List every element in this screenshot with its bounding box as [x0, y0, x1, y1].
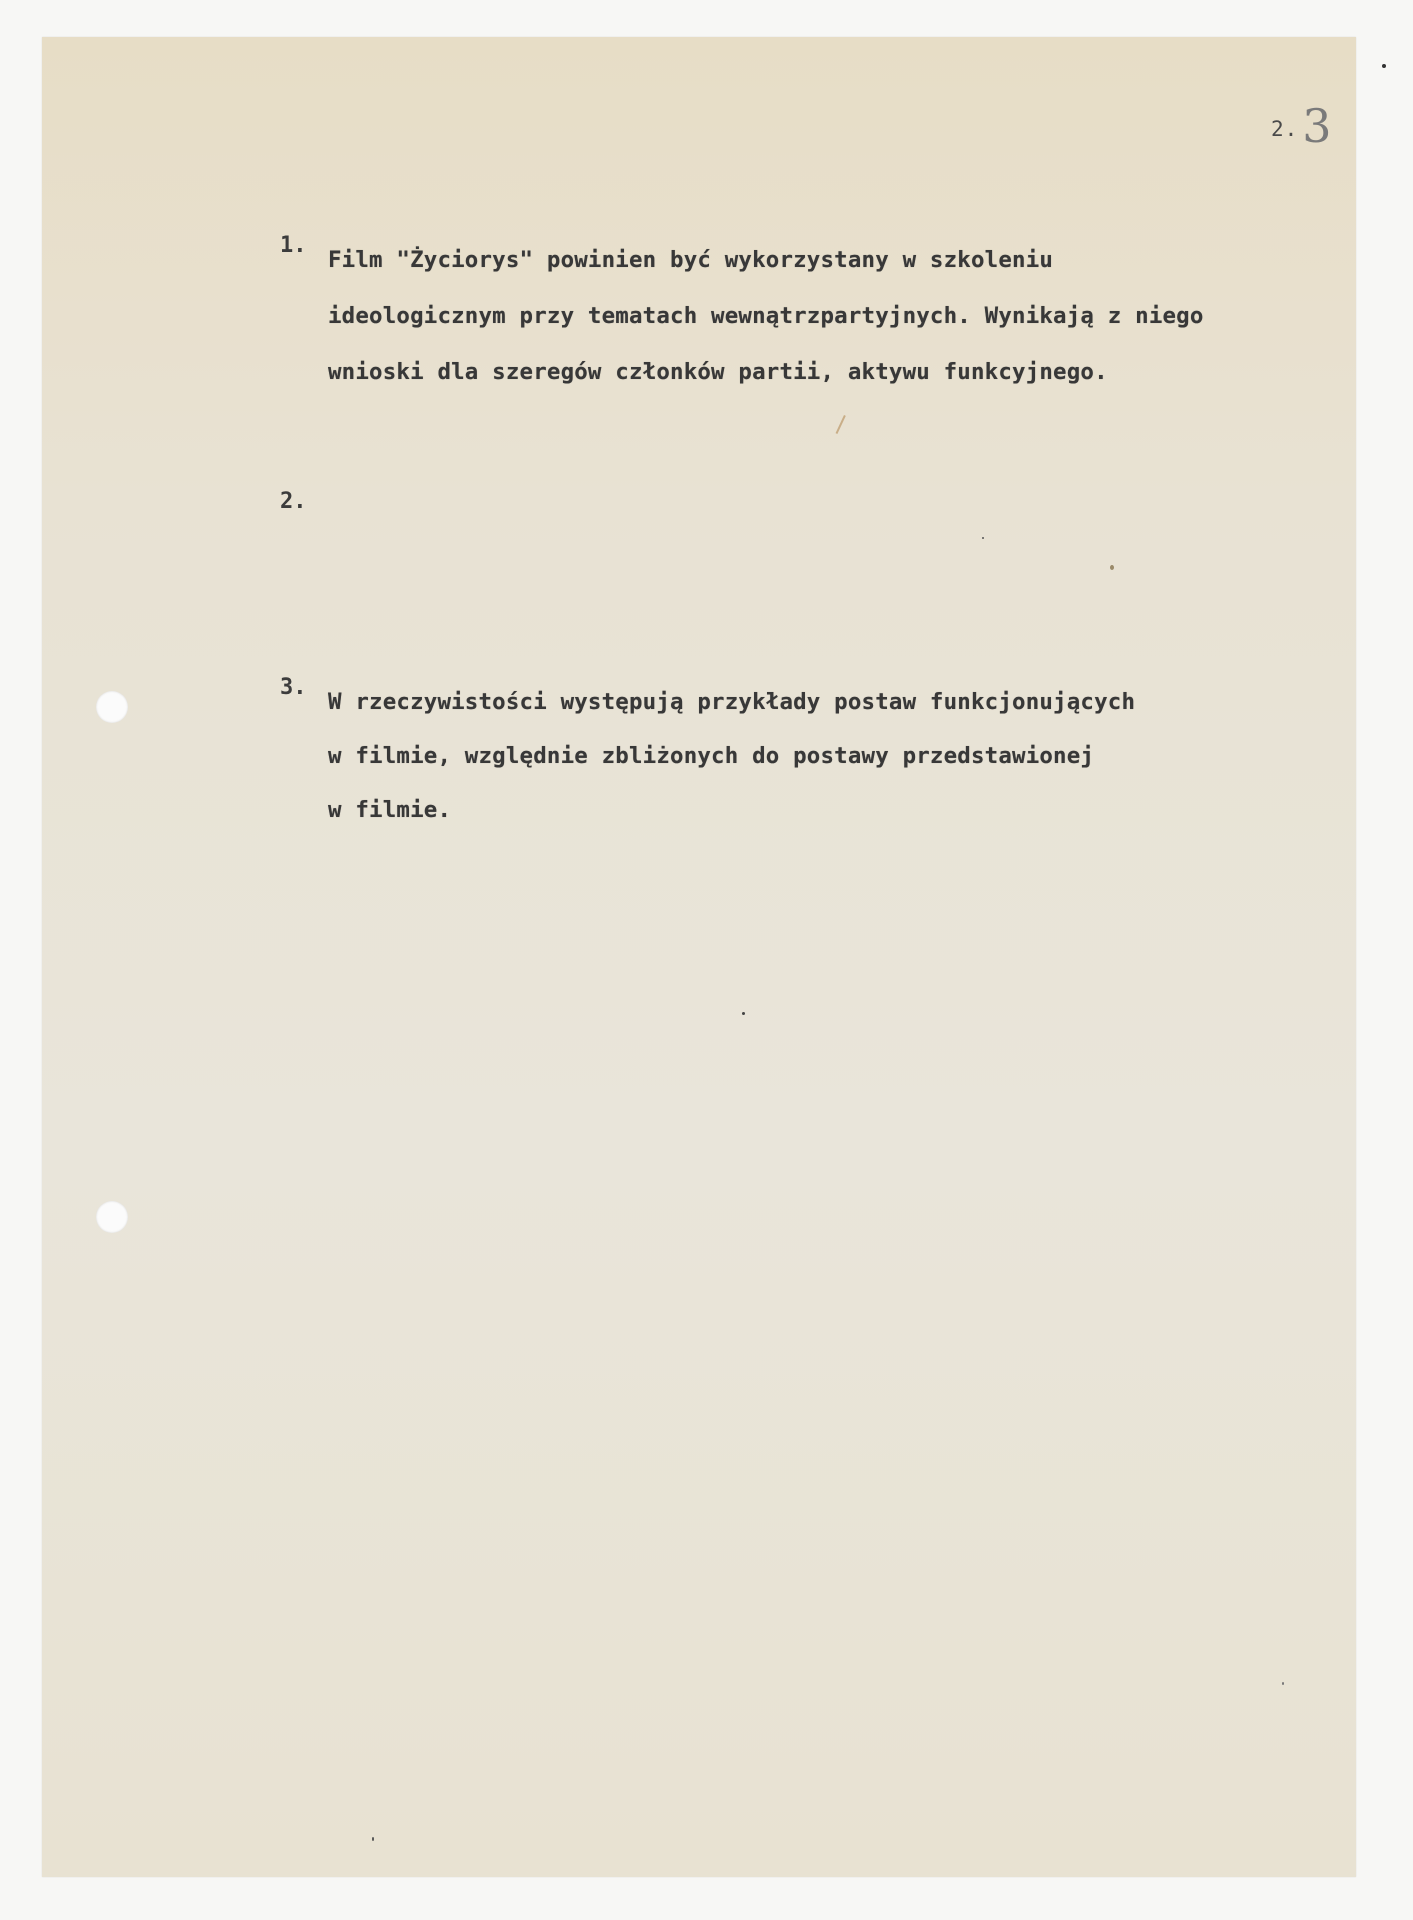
paper-speck — [372, 1837, 374, 1841]
page-number-typed: 2. — [1271, 117, 1298, 141]
page-number: 2.3 — [1271, 93, 1333, 147]
punch-hole-upper — [96, 691, 128, 723]
item-number: 2. — [280, 489, 307, 514]
punch-hole-lower — [96, 1201, 128, 1233]
item-line: W rzeczywistości występują przykłady pos… — [328, 689, 1135, 715]
item-number: 3. — [280, 675, 307, 700]
item-line: w filmie, względnie zbliżonych do postaw… — [328, 743, 1094, 769]
document-page: 2.3 1. Film "Życiorys" powinien być wyko… — [42, 37, 1356, 1877]
scanner-dot — [1382, 64, 1386, 68]
item-line: w filmie. — [328, 797, 451, 823]
item-line: Film "Życiorys" powinien być wykorzystan… — [328, 247, 1053, 273]
paper-speck — [982, 537, 984, 539]
paper-scratch — [836, 415, 846, 434]
item-line: ideologicznym przy tematach wewnątrzpart… — [328, 303, 1204, 329]
item-number: 1. — [280, 233, 307, 258]
item-line: wnioski dla szeregów członków partii, ak… — [328, 359, 1108, 385]
paper-speck — [1282, 1682, 1284, 1685]
paper-speck — [742, 1012, 745, 1015]
paper-speck — [1110, 565, 1114, 570]
page-number-handwritten: 3 — [1302, 99, 1332, 153]
